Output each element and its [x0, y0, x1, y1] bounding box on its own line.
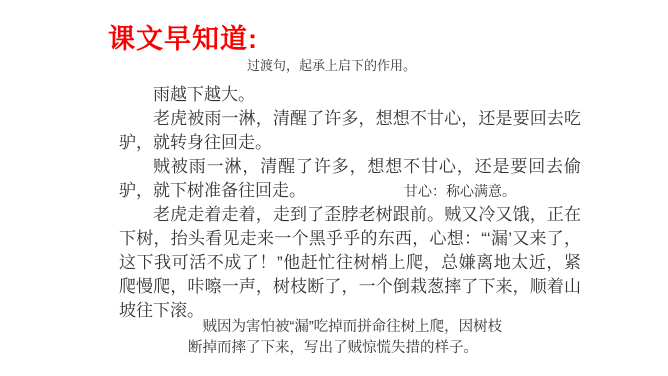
paragraph-rain: 雨越下越大。: [119, 83, 581, 107]
paragraph-encounter: 老虎走着走着，走到了歪脖老树跟前。贼又冷又饿，正在下树，抬头看见走来一个黑乎乎的…: [119, 203, 581, 323]
paragraph-tiger-returns: 老虎被雨一淋，清醒了许多，想想不甘心，还是要回去吃驴，就转身往回走。: [119, 107, 581, 155]
transition-annotation: 过渡句，起承上启下的作用。: [247, 58, 416, 74]
ganxin-annotation: 甘心：称心满意。: [404, 182, 516, 200]
page-title: 课文早知道:: [108, 24, 258, 54]
slide-canvas: 课文早知道: 过渡句，起承上启下的作用。 雨越下越大。 老虎被雨一淋，清醒了许多…: [0, 0, 668, 376]
body-text-block: 雨越下越大。 老虎被雨一淋，清醒了许多，想想不甘心，还是要回去吃驴，就转身往回走…: [119, 83, 581, 323]
summary-annotation: 贼因为害怕被“漏”吃掉而拼命往树上爬，因树枝断掉而摔了下来，写出了贼惊慌失措的样…: [188, 317, 506, 359]
